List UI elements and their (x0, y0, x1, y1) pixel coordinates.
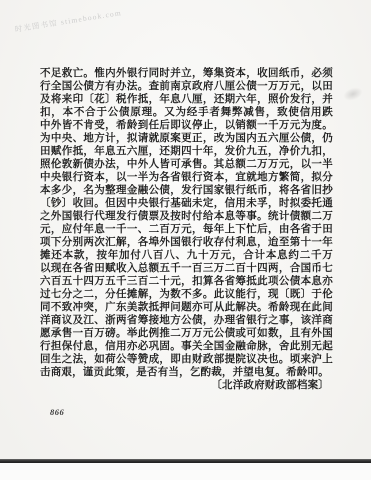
archive-attribution: 〔北洋政府财政部档案〕 (40, 379, 333, 392)
body-text: 不足救亡。惟内外银行同时并立，筹集资本，收回纸币，必须发行全国公债方有办法。查前… (40, 67, 333, 392)
text-line: 及将来印〔花〕税作抵，年息八厘，还期六年，照价发行，并无折 (40, 93, 333, 106)
text-line: 元，应付年息一千一、二百万元，每年上下忙后，由各省于田赋 (40, 223, 333, 236)
text-line: 以现在各省田赋收入总额五千一百三万二百十四两，合国币七千 (40, 262, 333, 275)
text-line: 田赋作抵，年息五六厘，还期四十年，发价九五，净价九扣，概 (40, 145, 333, 158)
scan-smudge-mark (342, 85, 365, 103)
text-line: 中外皆不肯受，希龄到任后即议停止，以销额一千万元为度。现 (40, 119, 333, 132)
text-line: 行全国公债方有办法。查前南京政府八厘公债一万万元，以田赋 (40, 80, 333, 93)
scan-edge-margin (0, 463, 371, 480)
text-line: 行担保付息，信用亦必巩固。事关全国金融命脉，舍此别无起死 (40, 340, 333, 353)
text-line: 为中央、地方计，拟请就原案更正，改为国内五六厘公债，仍以 (40, 132, 333, 145)
text-line: 〔钞〕收回。但因中央银行基础未定，信用未孚，时拟委托通商各埠 (40, 197, 333, 210)
scanned-book-page: 时光图书馆 stimebook.com 不足救亡。惟内外银行同时并立，筹集资本，… (0, 0, 371, 480)
text-line: 同不致冲突，广东美款抵押问题亦可从此解决。希龄现在此间与 (40, 301, 333, 314)
text-line: 过七分之二，分任摊解，为数不多。此议能行，现〔既〕于伦敦合 (40, 288, 333, 301)
text-line: 愿承售一百万磅。举此例推二万万元公债或可如数，且有外国银 (40, 327, 333, 340)
text-line: 项下分别两次汇解，各埠外国银行收存付利息，迨至第十一年起 (40, 236, 333, 249)
text-line: 照伦敦新债办法，中外人皆可承售。其总额二万万元，以一半为 (40, 158, 333, 171)
library-watermark: 时光图书馆 stimebook.com (14, 7, 123, 35)
text-line: 六百五十四万五千三百二十元，扣算各省筹抵此项公债本息亦不 (40, 275, 333, 288)
text-line: 击商艰，谨贡此策，是否有当，乞酌裁，并望电复。希龄叩。 (40, 366, 333, 379)
page-number: 866 (50, 407, 64, 417)
text-line: 回生之法，如荷公等赞成，即由财政部提院议决也。顷来沪上目 (40, 353, 333, 366)
text-line: 本多少，名为整理金融公债，发行国家银行纸币，将各省旧抄 (40, 184, 333, 197)
text-line: 洋商议及江、浙两省筹接地方公债，办理省银行之事，该洋商颇 (40, 314, 333, 327)
text-line: 不足救亡。惟内外银行同时并立，筹集资本，收回纸币，必须发 (40, 67, 333, 80)
text-line: 之外国银行代理发行债票及按时付给本息等事。统计债额二万万 (40, 210, 333, 223)
text-line: 摊还本款，按年加付八百八、九十万元，合计本息约二千万元。 (40, 249, 333, 262)
body-text-lines: 不足救亡。惟内外银行同时并立，筹集资本，收回纸币，必须发行全国公债方有办法。查前… (40, 67, 333, 379)
text-line: 中央银行资本，以一半为各省银行资本，宜就地方繁简，拟分资 (40, 171, 333, 184)
text-line: 扣，本不合于公债原理。又为经手者舞弊减售，致使信用跌落， (40, 106, 333, 119)
